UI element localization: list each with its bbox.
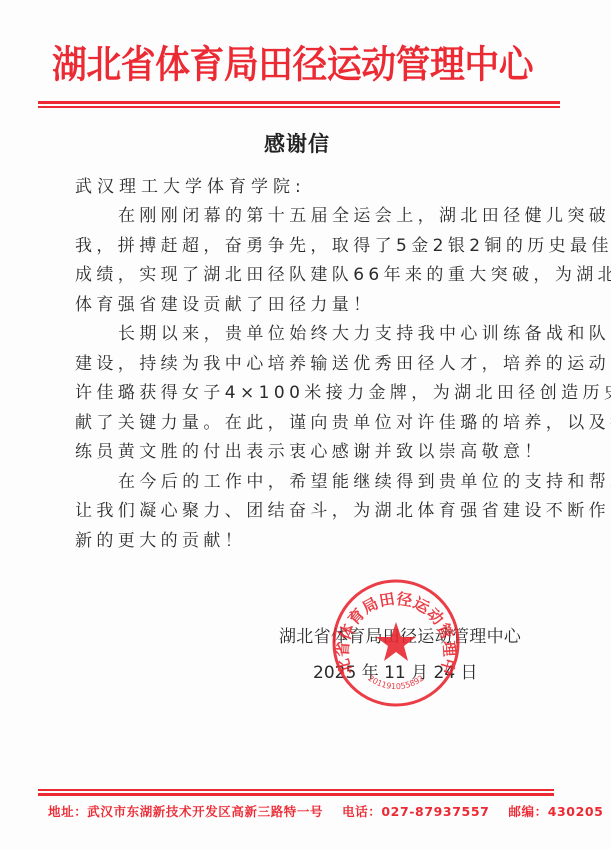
letterhead-rule-thin bbox=[38, 106, 560, 108]
footer-rule-thin bbox=[38, 789, 554, 791]
letterhead-organization-name: 湖北省体育局田径运动管理中心 bbox=[52, 43, 524, 89]
footer-phone: 电话：027-87937557 bbox=[342, 804, 489, 819]
paragraph-2-line-4: 献了关键力量。在此，谨向贵单位对许佳璐的培养，以及教 bbox=[75, 412, 611, 434]
paragraph-1-line-4: 体育强省建设贡献了田径力量！ bbox=[75, 294, 375, 316]
salutation: 武汉理工大学体育学院: bbox=[75, 176, 306, 198]
document-title: 感谢信 bbox=[0, 130, 594, 158]
footer-contact: 地址：武汉市东湖新技术开发区高新三路特一号 电话：027-87937557 邮编… bbox=[48, 803, 611, 821]
paragraph-1-line-1: 在刚刚闭幕的第十五届全运会上，湖北田径健儿突破自 bbox=[118, 205, 611, 227]
paragraph-1-line-3: 成绩，实现了湖北田径队建队66年来的重大突破，为湖北 bbox=[75, 264, 611, 286]
paragraph-3-line-3: 新的更大的贡献！ bbox=[75, 530, 246, 552]
signature-organization: 湖北省体育局田径运动管理中心 bbox=[279, 626, 521, 648]
paragraph-3-line-2: 让我们凝心聚力、团结奋斗，为湖北体育强省建设不断作出 bbox=[75, 500, 611, 522]
paragraph-2-line-3: 许佳璐获得女子4×100米接力金牌，为湖北田径创造历史贡 bbox=[75, 382, 611, 404]
footer-postcode: 邮编：430205 bbox=[508, 804, 603, 819]
footer-address: 地址：武汉市东湖新技术开发区高新三路特一号 bbox=[48, 804, 323, 819]
paragraph-2-line-1: 长期以来，贵单位始终大力支持我中心训练备战和队伍 bbox=[118, 323, 611, 345]
paragraph-2-line-2: 建设，持续为我中心培养输送优秀田径人才，培养的运动员 bbox=[75, 353, 611, 375]
letterhead-rule-thick bbox=[38, 101, 560, 104]
paragraph-1-line-2: 我，拼搏赶超，奋勇争先，取得了5金2银2铜的历史最佳 bbox=[75, 235, 611, 257]
paragraph-3-line-1: 在今后的工作中，希望能继续得到贵单位的支持和帮助。 bbox=[118, 471, 611, 493]
signature-date: 2025 年 11 月 24 日 bbox=[313, 662, 478, 684]
footer-rule-thick bbox=[38, 793, 554, 796]
paragraph-2-line-5: 练员黄文胜的付出表示衷心感谢并致以崇高敬意！ bbox=[75, 441, 546, 463]
